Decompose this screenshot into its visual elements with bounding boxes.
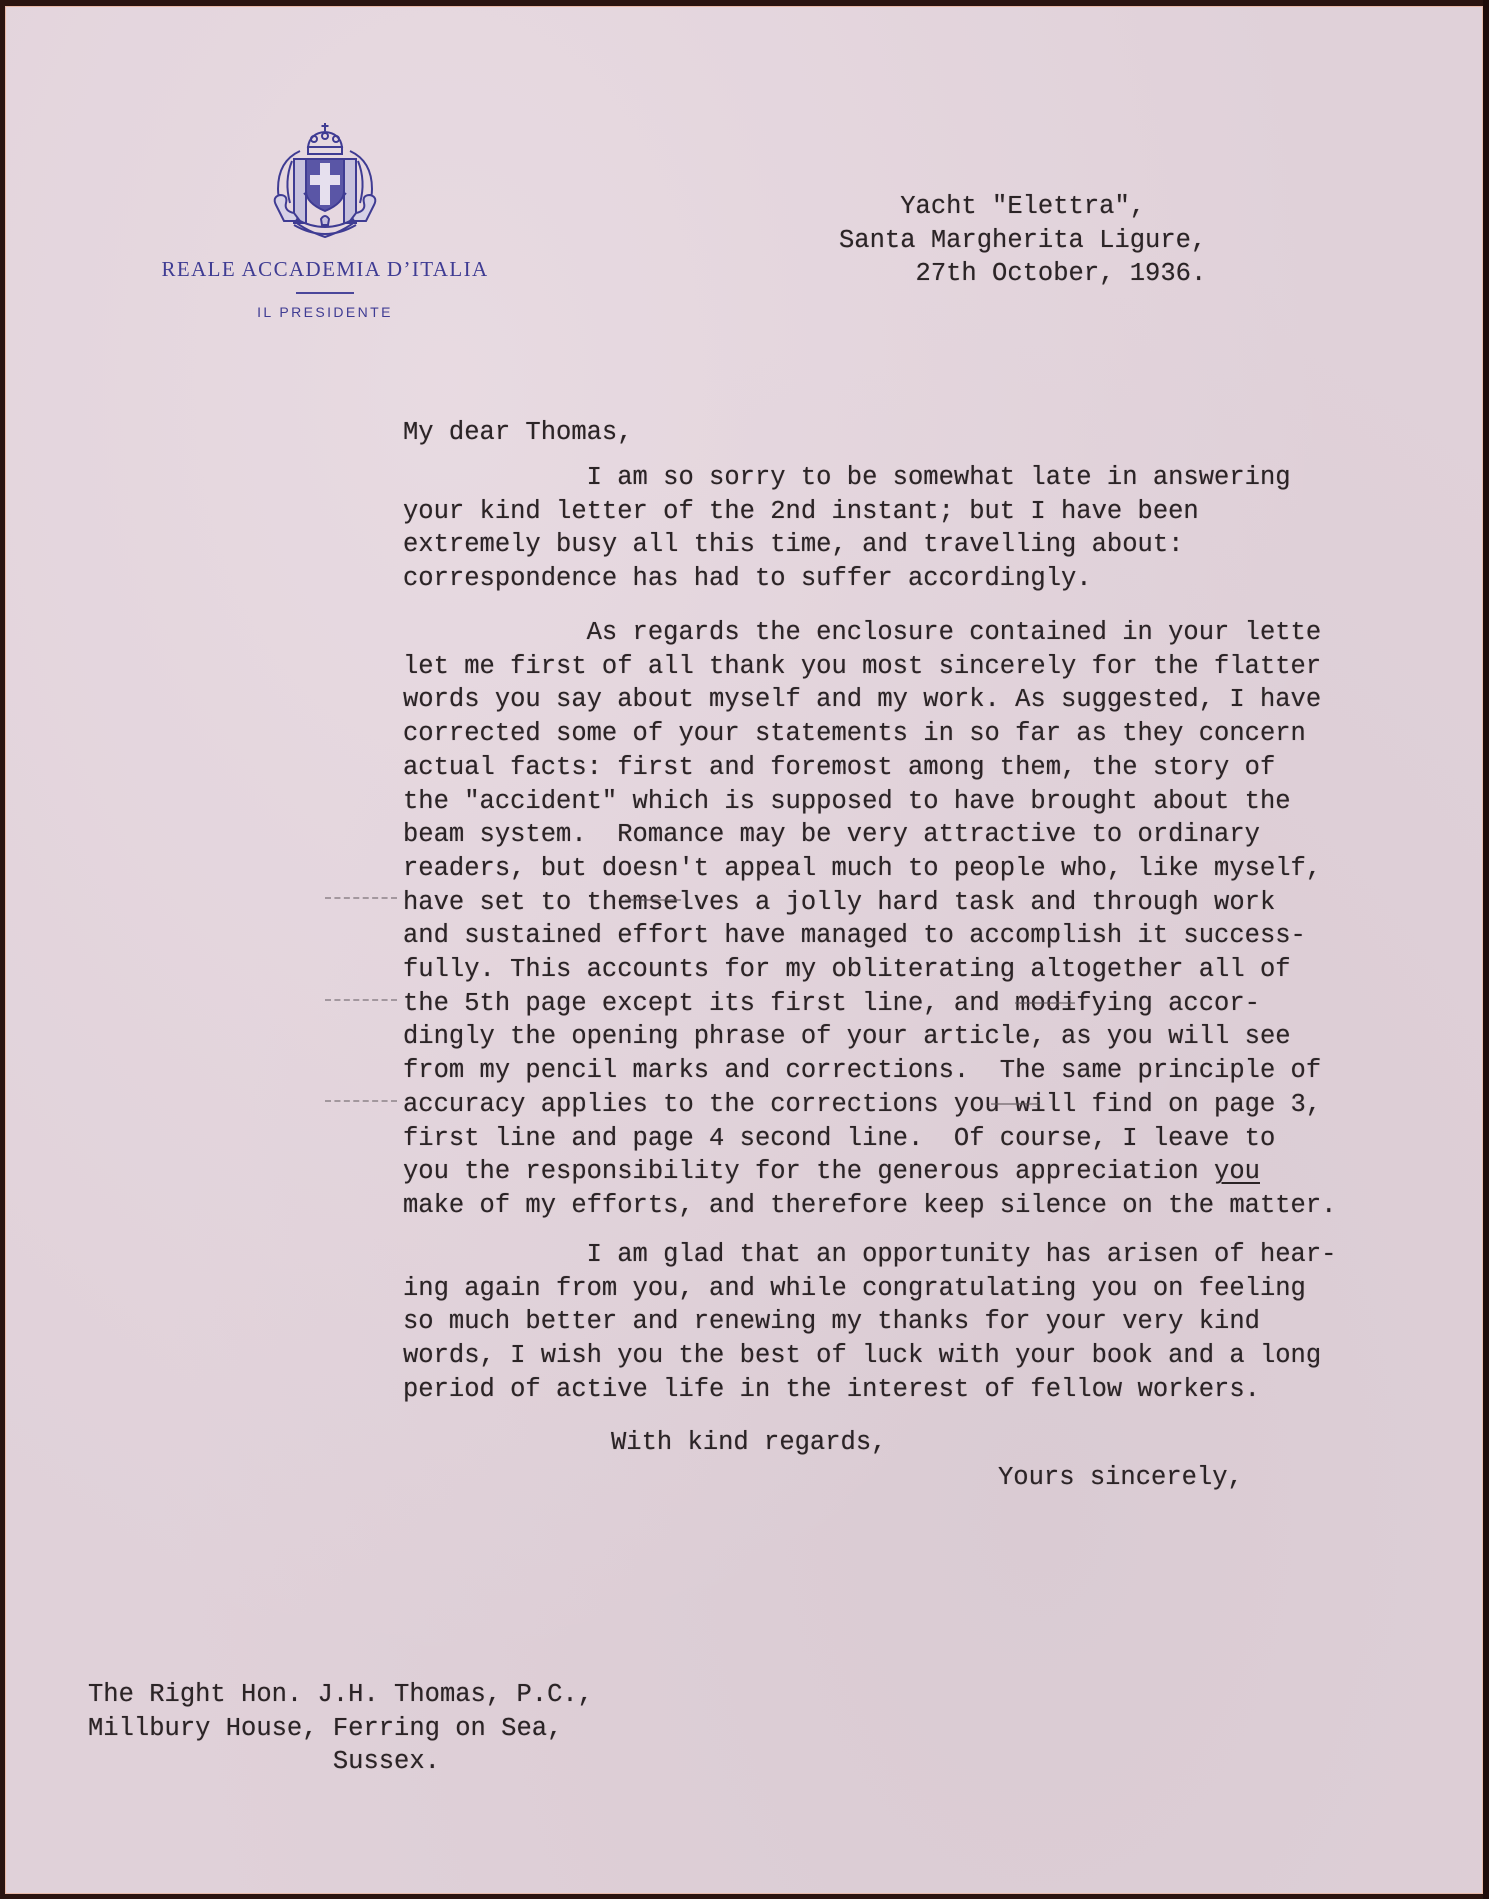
text-line: fully. This accounts for my obliterating…	[403, 955, 1291, 984]
text-line: dingly the opening phrase of your articl…	[403, 1022, 1291, 1051]
text-line: actual facts: first and foremost among t…	[403, 753, 1275, 782]
text-line: have set to themselves a jolly hard task…	[403, 888, 1275, 917]
letterhead-divider	[296, 292, 354, 294]
text-line: words you say about myself and my work. …	[403, 685, 1321, 714]
sender-address: Yacht "Elettra", Santa Margherita Ligure…	[839, 190, 1206, 291]
text-line: ing again from you, and while congratula…	[403, 1274, 1306, 1303]
underlined-word: you	[1214, 1157, 1260, 1186]
text-line: I am glad that an opportunity has arisen…	[403, 1240, 1336, 1269]
text-line: the 5th page except its first line, and …	[403, 989, 1260, 1018]
sender-address-line: Santa Margherita Ligure,	[839, 226, 1206, 255]
pencil-margin-mark	[325, 897, 397, 899]
text-line: the "accident" which is supposed to have…	[403, 787, 1291, 816]
text-line: so much better and renewing my thanks fo…	[403, 1307, 1260, 1336]
royal-coat-of-arms-icon	[270, 121, 380, 243]
pencil-strike-mark	[625, 899, 681, 901]
text-line: make of my efforts, and therefore keep s…	[403, 1191, 1336, 1220]
letterhead: REALE ACCADEMIA D’ITALIA IL PRESIDENTE	[135, 121, 515, 320]
text-line: period of active life in the interest of…	[403, 1375, 1260, 1404]
recipient-name: The Right Hon. J.H. Thomas, P.C.,	[88, 1680, 593, 1709]
salutation: My dear Thomas,	[403, 416, 633, 450]
pencil-strike-mark	[1015, 1002, 1075, 1004]
text-line: extremely busy all this time, and travel…	[403, 530, 1183, 559]
text-line: accuracy applies to the corrections you …	[403, 1090, 1321, 1119]
text-line: correspondence has had to suffer accordi…	[403, 564, 1092, 593]
scan-border	[1483, 0, 1489, 1899]
recipient-address: The Right Hon. J.H. Thomas, P.C., Millbu…	[88, 1678, 593, 1779]
text-line: you the responsibility for the generous …	[403, 1157, 1214, 1186]
text-line: and sustained effort have managed to acc…	[403, 921, 1306, 950]
text-line: As regards the enclosure contained in yo…	[403, 618, 1321, 647]
pencil-margin-mark	[325, 999, 397, 1001]
institution-title: IL PRESIDENTE	[135, 304, 515, 320]
text-line: corrected some of your statements in so …	[403, 719, 1306, 748]
recipient-address-line: Millbury House, Ferring on Sea,	[88, 1714, 562, 1743]
text-line: let me first of all thank you most since…	[403, 652, 1321, 681]
recipient-address-line: Sussex.	[88, 1747, 440, 1776]
letter-date: 27th October, 1936.	[839, 259, 1206, 288]
pencil-margin-mark	[325, 1100, 397, 1102]
signoff: Yours sincerely,	[998, 1461, 1243, 1495]
institution-name: REALE ACCADEMIA D’ITALIA	[135, 257, 515, 282]
text-line: beam system. Romance may be very attract…	[403, 820, 1260, 849]
text-line: your kind letter of the 2nd instant; but…	[403, 497, 1199, 526]
letter-page: REALE ACCADEMIA D’ITALIA IL PRESIDENTE Y…	[5, 6, 1483, 1894]
paragraph-1: I am so sorry to be somewhat late in ans…	[403, 461, 1291, 596]
closing: With kind regards,	[611, 1426, 886, 1460]
text-line: first line and page 4 second line. Of co…	[403, 1124, 1275, 1153]
text-line: from my pencil marks and corrections. Th…	[403, 1056, 1321, 1085]
text-line: words, I wish you the best of luck with …	[403, 1341, 1321, 1370]
sender-address-line: Yacht "Elettra",	[839, 192, 1145, 221]
text-line: I am so sorry to be somewhat late in ans…	[403, 463, 1291, 492]
paragraph-3: I am glad that an opportunity has arisen…	[403, 1238, 1336, 1407]
pencil-strike-mark	[991, 1103, 1039, 1105]
text-line: readers, but doesn't appeal much to peop…	[403, 854, 1321, 883]
paragraph-2: As regards the enclosure contained in yo…	[403, 616, 1336, 1223]
